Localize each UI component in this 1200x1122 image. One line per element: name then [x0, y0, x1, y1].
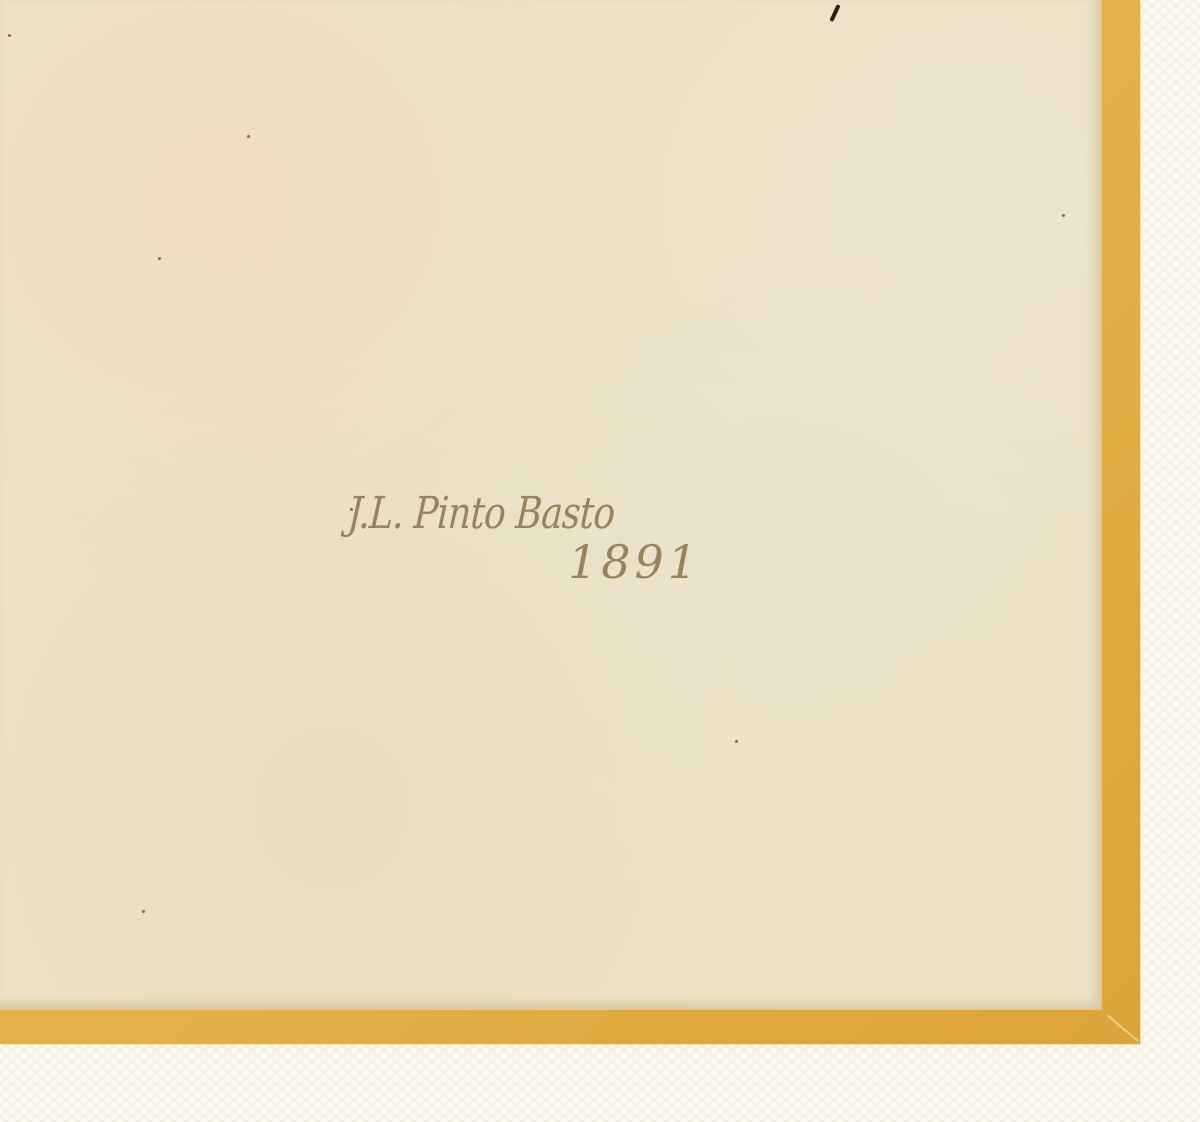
artist-signature: J.L. Pinto Basto 1891: [348, 488, 748, 589]
foxing-speck: [8, 34, 11, 37]
watercolor-paper: J.L. Pinto Basto 1891: [0, 0, 1102, 1010]
signature-year: 1891: [568, 535, 748, 589]
foxing-speck: [158, 257, 161, 260]
foxing-speck: [142, 910, 145, 913]
ink-stroke-mark: [829, 4, 840, 22]
foxing-speck: [1062, 214, 1065, 217]
signature-name: J.L. Pinto Basto: [347, 488, 678, 539]
foxing-speck: [247, 135, 250, 138]
foxing-speck: [735, 740, 738, 743]
bevel-corner-seam: [1107, 1015, 1139, 1042]
